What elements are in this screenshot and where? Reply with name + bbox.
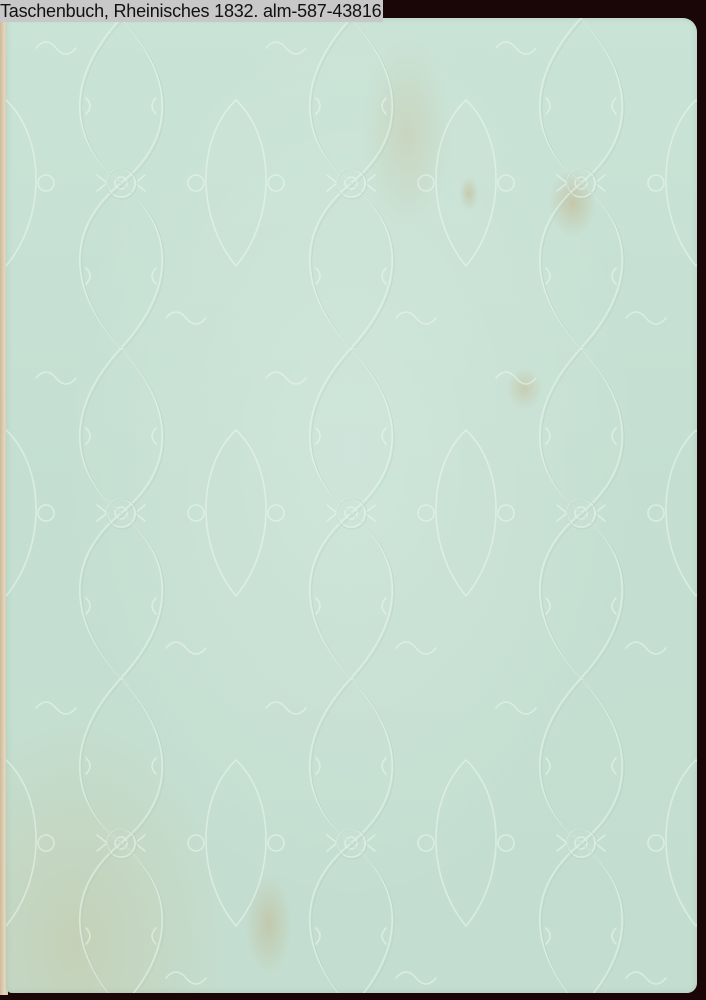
book-cover xyxy=(6,18,697,993)
catalog-caption: Taschenbuch, Rheinisches 1832. alm-587-4… xyxy=(0,0,383,22)
embossed-floral-pattern xyxy=(6,18,697,993)
